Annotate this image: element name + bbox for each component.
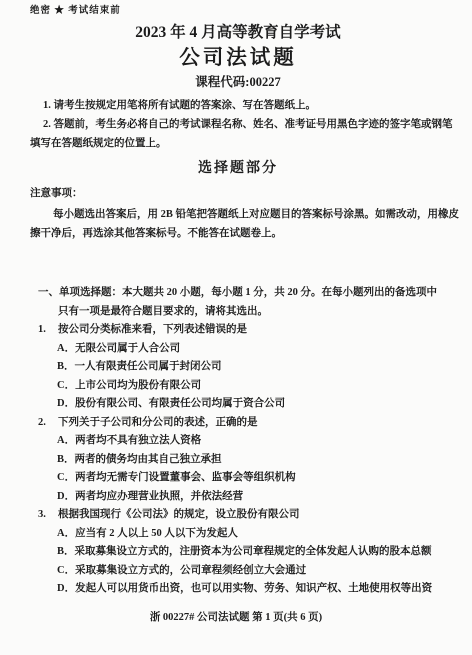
instruction-line-2b: 填写在答题纸规定的位置上。 <box>30 134 446 153</box>
notes-line-1: 每小题选出答案后，用 2B 铅笔把答题纸上对应题目的答案标号涂黑。如需改动，用橡… <box>30 205 446 224</box>
page-footer: 浙 00227# 公司法试题 第 1 页(共 6 页) <box>0 610 472 626</box>
course-code: 课程代码:00227 <box>30 74 446 90</box>
instructions: 1. 请考生按规定用笔将所有试题的答案涂、写在答题纸上。 2. 答题前，考生务必… <box>30 96 446 153</box>
session-title: 2023 年 4 月高等教育自学考试 <box>30 23 446 43</box>
question-2-stem: 下列关于子公司和分公司的表述，正确的是 <box>58 414 258 433</box>
question-3-number: 3. <box>38 506 58 525</box>
question-1-option-a: A．无限公司属于人合公司 <box>57 340 446 359</box>
part-one-heading-line-2: 只有一项是最符合题目要求的，请将其选出。 <box>58 302 446 321</box>
question-1-option-c: C．上市公司均为股份有限公司 <box>57 377 446 396</box>
question-2-option-b: B．两者的债务均由其自己独立承担 <box>57 451 446 470</box>
instruction-line-2a: 2. 答题前，考生务必将自己的考试课程名称、姓名、准考证号用黑色字迹的签字笔或钢… <box>30 115 446 134</box>
question-2-number: 2. <box>38 414 58 433</box>
question-3-option-b: B．采取募集设立方式的，注册资本为公司章程规定的全体发起人认购的股本总额 <box>57 543 446 562</box>
question-2-option-c: C．两者均无需专门设置董事会、监事会等组织机构 <box>57 469 446 488</box>
notes-label: 注意事项： <box>30 185 446 202</box>
notes-line-2: 擦干净后，再选涂其他答案标号。不能答在试题卷上。 <box>30 224 446 243</box>
secrecy-notice: 绝密 ★ 考试结束前 <box>30 5 446 18</box>
part-one-heading-line-1: 一、单项选择题：本大题共 20 小题，每小题 1 分，共 20 分。在每小题列出… <box>38 283 446 302</box>
question-3-option-c: C．采取募集设立方式的，公司章程须经创立大会通过 <box>57 562 446 581</box>
notes-body: 每小题选出答案后，用 2B 铅笔把答题纸上对应题目的答案标号涂黑。如需改动，用橡… <box>30 205 446 243</box>
paper-title: 公司法试题 <box>30 46 446 71</box>
question-2-option-d: D．两者均应办理营业执照，并依法经营 <box>57 488 446 507</box>
choice-section-heading: 选择题部分 <box>30 159 446 178</box>
question-2: 2. 下列关于子公司和分公司的表述，正确的是 A．两者均不具有独立法人资格 B．… <box>30 414 446 507</box>
instruction-line-1: 1. 请考生按规定用笔将所有试题的答案涂、写在答题纸上。 <box>30 96 446 115</box>
question-list: 1. 按公司分类标准来看，下列表述错误的是 A．无限公司属于人合公司 B．一人有… <box>30 321 446 599</box>
question-1: 1. 按公司分类标准来看，下列表述错误的是 A．无限公司属于人合公司 B．一人有… <box>30 321 446 414</box>
question-1-option-b: B．一人有限责任公司属于封闭公司 <box>57 358 446 377</box>
question-1-number: 1. <box>38 321 58 340</box>
question-2-option-a: A．两者均不具有独立法人资格 <box>57 432 446 451</box>
exam-paper-page: 绝密 ★ 考试结束前 2023 年 4 月高等教育自学考试 公司法试题 课程代码… <box>0 0 472 655</box>
part-one-heading: 一、单项选择题：本大题共 20 小题，每小题 1 分，共 20 分。在每小题列出… <box>30 283 446 321</box>
question-3-option-a: A．应当有 2 人以上 50 人以下为发起人 <box>57 525 446 544</box>
question-1-stem: 按公司分类标准来看，下列表述错误的是 <box>58 321 247 340</box>
question-3-stem: 根据我国现行《公司法》的规定，设立股份有限公司 <box>58 506 300 525</box>
question-3-option-d: D．发起人可以用货币出资，也可以用实物、劳务、知识产权、土地使用权等出资 <box>57 580 446 599</box>
question-3: 3. 根据我国现行《公司法》的规定，设立股份有限公司 A．应当有 2 人以上 5… <box>30 506 446 599</box>
question-1-option-d: D．股份有限公司、有限责任公司均属于资合公司 <box>57 395 446 414</box>
